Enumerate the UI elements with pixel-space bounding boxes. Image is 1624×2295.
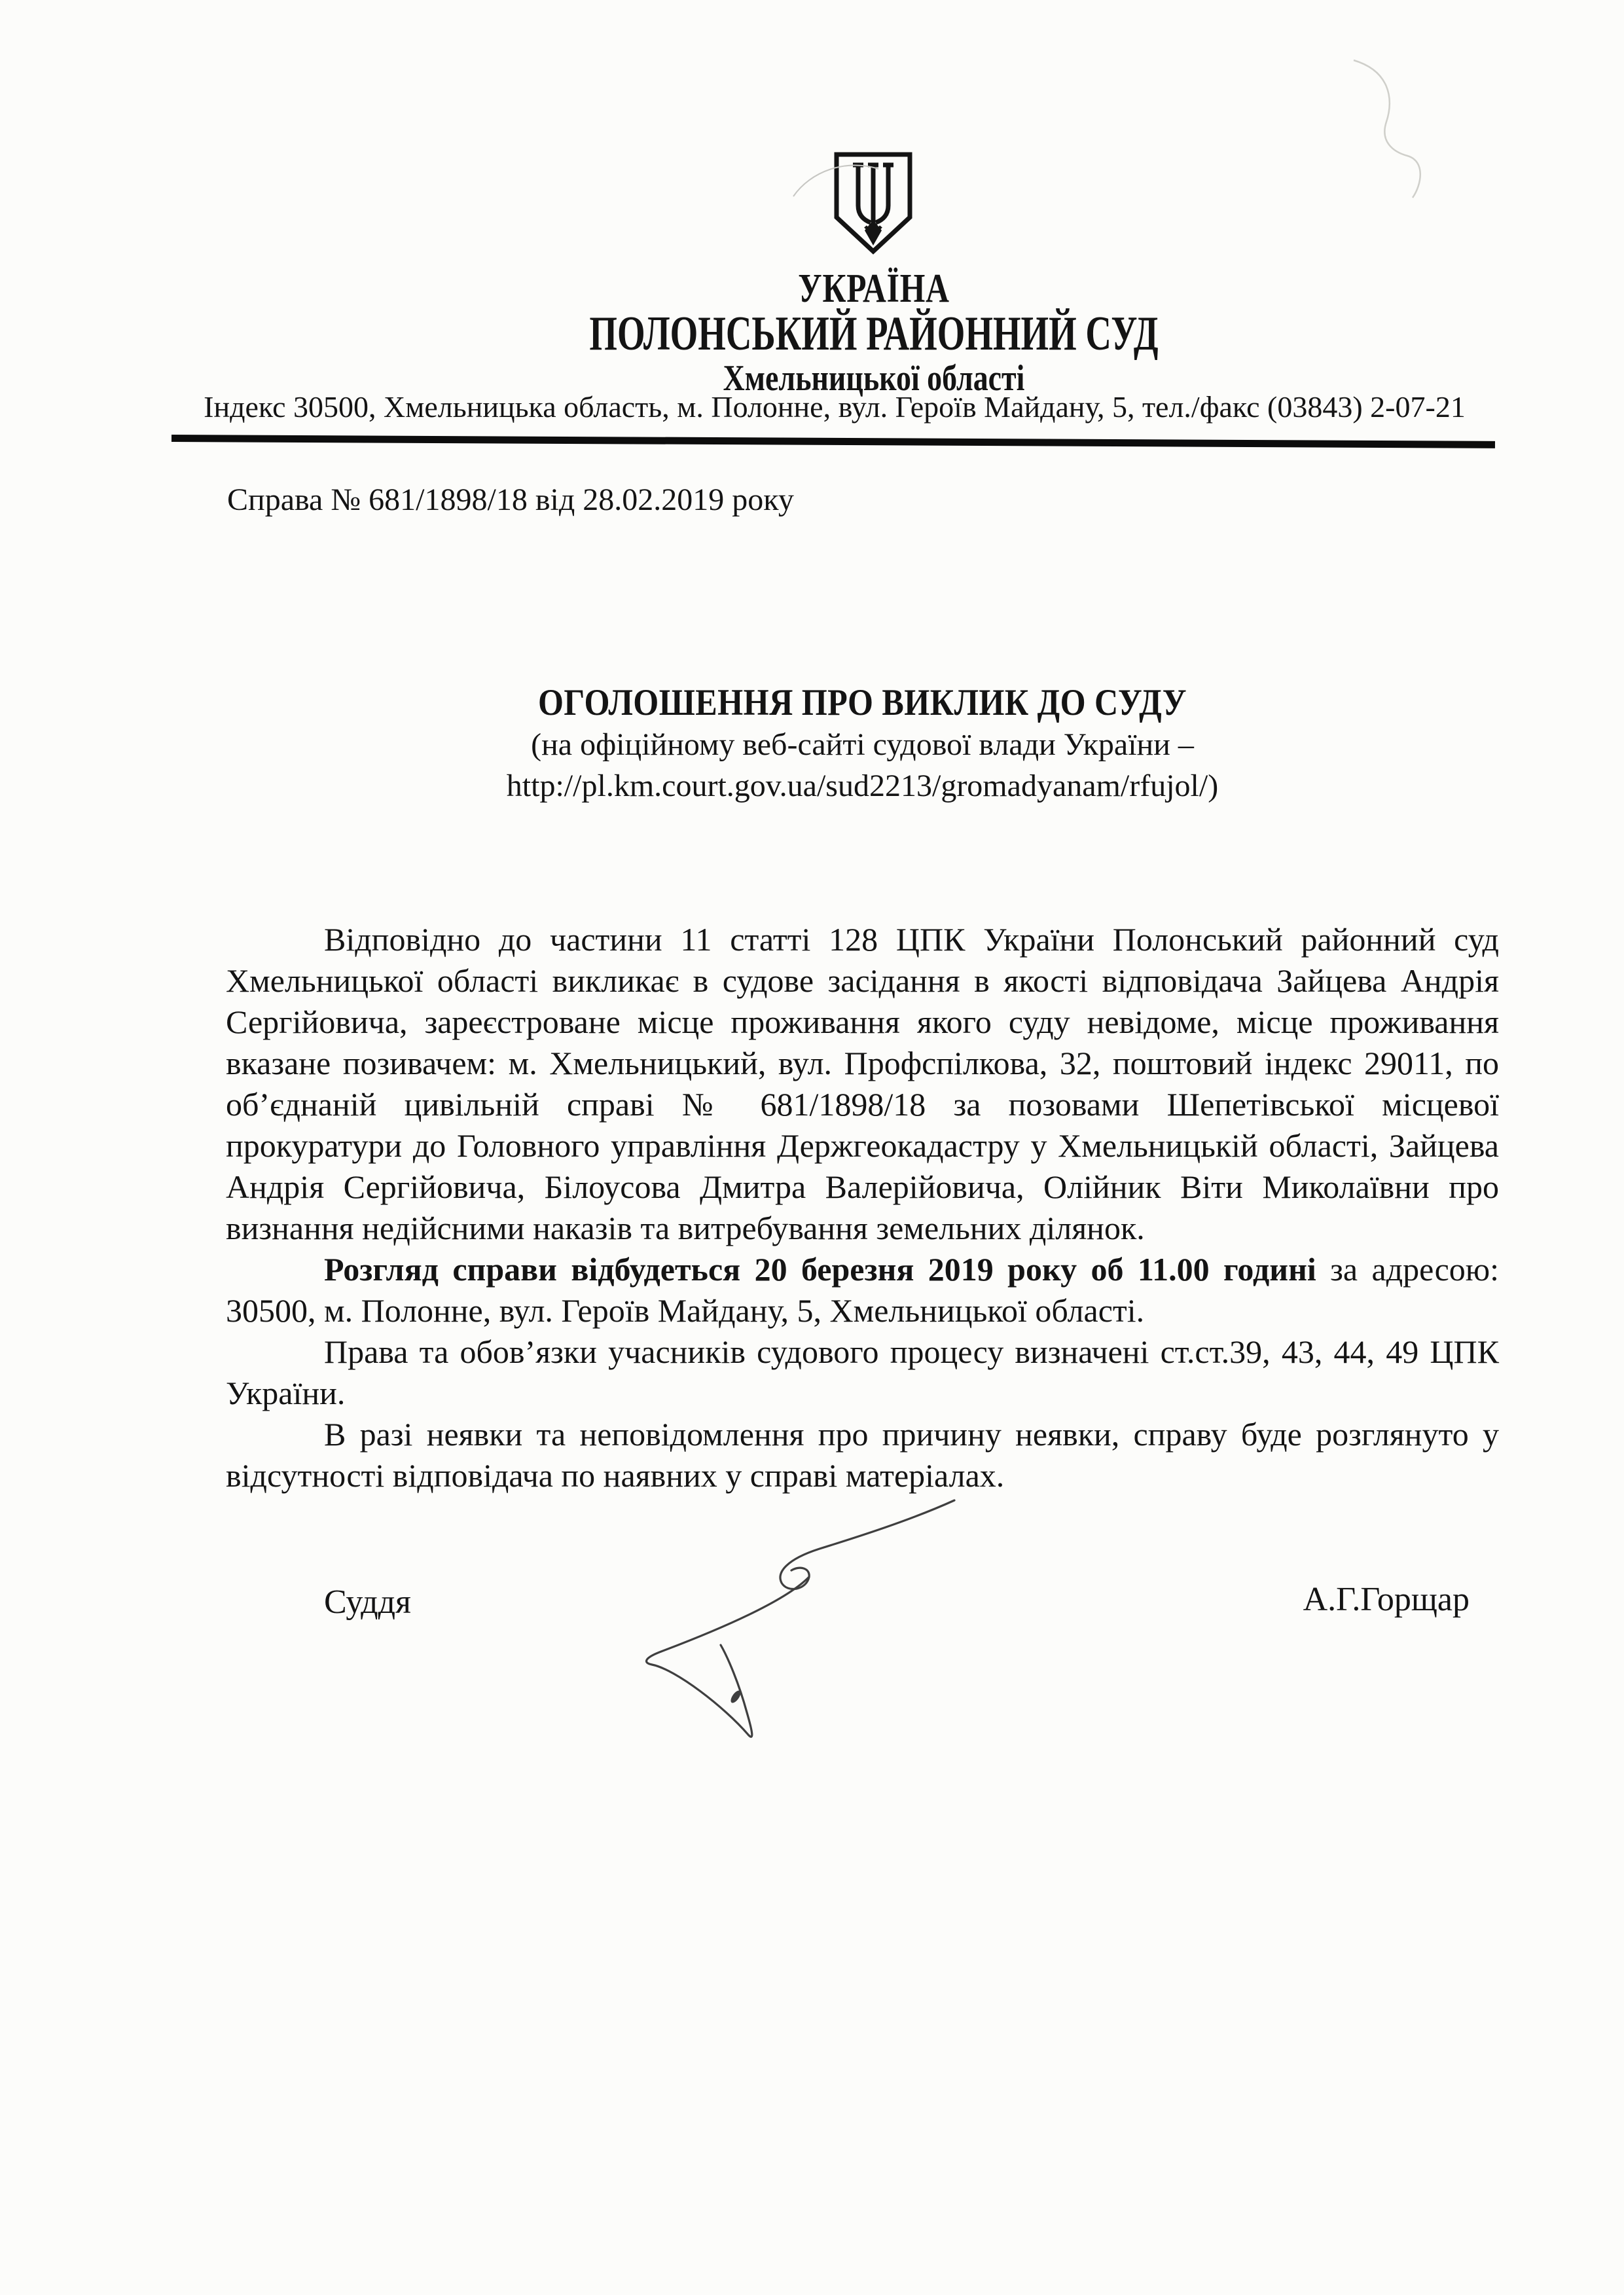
scan-artifact-thread bbox=[1354, 60, 1420, 198]
judge-name: А.Г.Горщар bbox=[226, 1580, 1470, 1619]
announcement-subtitle: (на офіційному веб-сайті судової влади У… bbox=[226, 724, 1499, 765]
court-address-line: Індекс 30500, Хмельницька область, м. По… bbox=[131, 390, 1538, 424]
paragraph-absence-warning: В разі неявки та неповідомлення про прич… bbox=[226, 1414, 1499, 1496]
country-name: УКРАЇНА bbox=[332, 268, 1416, 309]
header-divider bbox=[171, 435, 1495, 448]
hearing-datetime-bold: Розгляд справи відбудеться 20 березня 20… bbox=[324, 1251, 1316, 1288]
paragraph-summons: Відповідно до частини 11 статті 128 ЦПК … bbox=[226, 919, 1499, 1249]
paragraph-hearing-datetime: Розгляд справи відбудеться 20 березня 20… bbox=[226, 1249, 1499, 1331]
paragraph-rights: Права та обов’язки учасників судового пр… bbox=[226, 1331, 1499, 1414]
ukraine-trident-icon bbox=[831, 149, 915, 257]
announcement-url: http://pl.km.court.gov.ua/sud2213/gromad… bbox=[226, 765, 1499, 806]
announcement-heading: ОГОЛОШЕННЯ ПРО ВИКЛИК ДО СУДУ (на офіцій… bbox=[226, 682, 1499, 806]
document-body: Відповідно до частини 11 статті 128 ЦПК … bbox=[226, 919, 1499, 1496]
court-name: ПОЛОНСЬКИЙ РАЙОННИЙ СУД bbox=[372, 309, 1375, 359]
letterhead: УКРАЇНА ПОЛОНСЬКИЙ РАЙОННИЙ СУД Хмельниц… bbox=[196, 268, 1551, 398]
court-summons-document-page: УКРАЇНА ПОЛОНСЬКИЙ РАЙОННИЙ СУД Хмельниц… bbox=[0, 0, 1624, 2295]
announcement-title: ОГОЛОШЕННЯ ПРО ВИКЛИК ДО СУДУ bbox=[302, 682, 1423, 724]
case-number-line: Справа № 681/1898/18 від 28.02.2019 року bbox=[227, 482, 794, 518]
